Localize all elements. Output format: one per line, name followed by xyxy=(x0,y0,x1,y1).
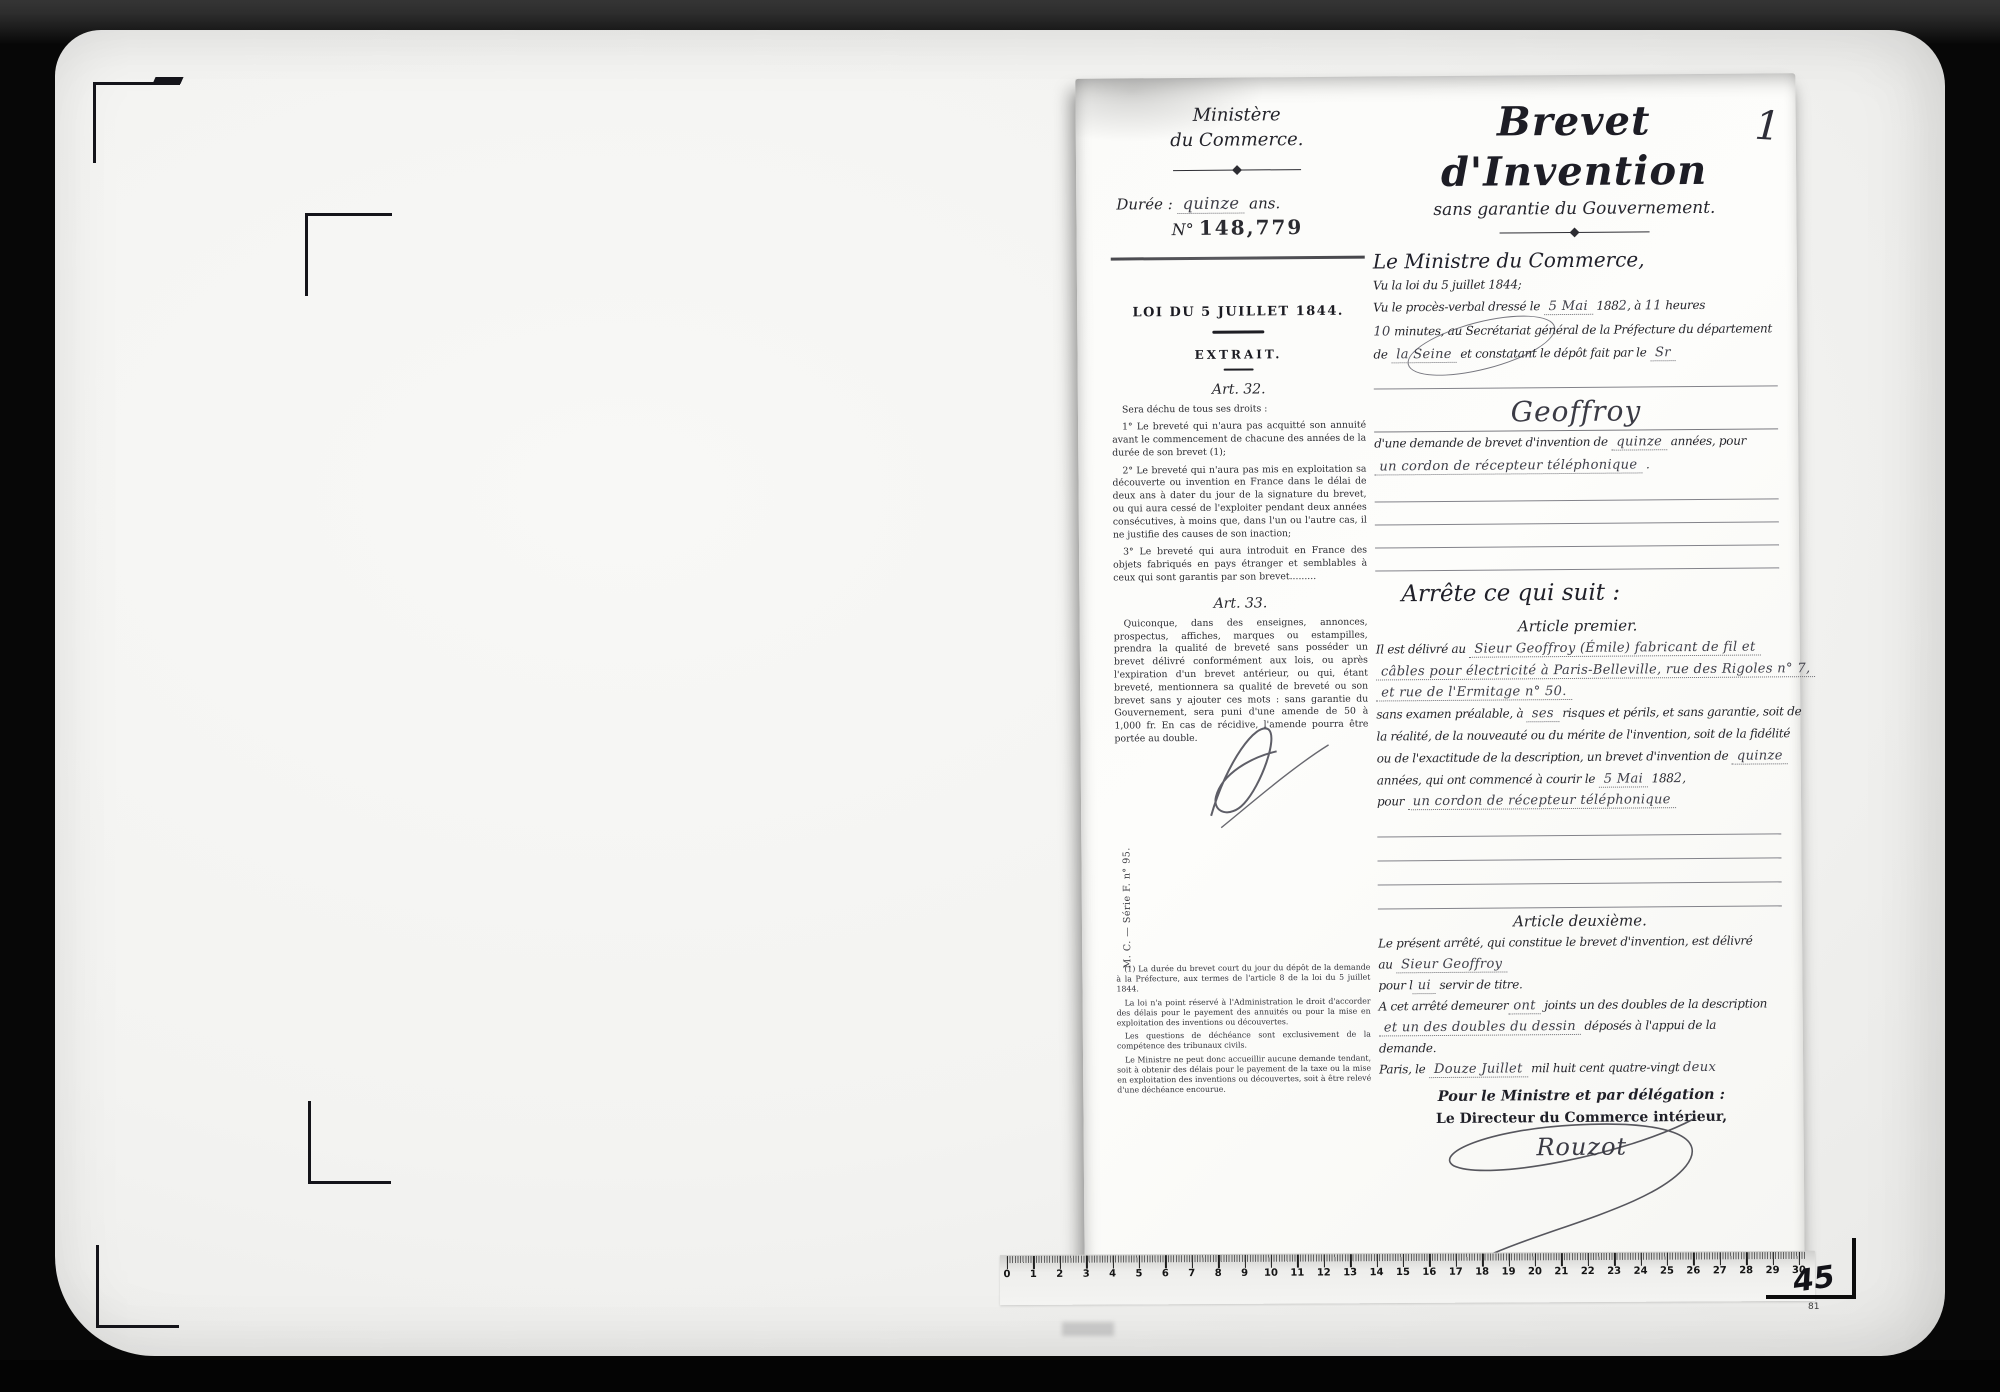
document-title: Brevet d'Invention xyxy=(1372,95,1777,198)
article-1-body: Il est délivré au Sieur Geoffroy (Émile)… xyxy=(1376,636,1781,814)
patent-number-line: N° 148,779 xyxy=(1110,214,1364,244)
ruler-cm-mark: 17 xyxy=(1456,1254,1457,1267)
line-exactitude: ou de l'exactitude de la description, un… xyxy=(1377,745,1781,770)
line-objet: un cordon de récepteur téléphonique . xyxy=(1374,453,1778,479)
patent-number-label: N° xyxy=(1172,220,1194,239)
printed-text: de xyxy=(1373,347,1391,361)
printed-text: au xyxy=(1378,958,1396,972)
handwritten-entry: 10 xyxy=(1373,324,1390,339)
rule-divider xyxy=(1224,368,1254,370)
ruler-cm-mark: 0 xyxy=(1007,1256,1008,1269)
ruler-cm-mark: 6 xyxy=(1165,1255,1166,1268)
ruler-cm-mark: 4 xyxy=(1112,1256,1113,1269)
ruler-cm-mark: 26 xyxy=(1693,1252,1694,1265)
printed-text: mil huit cent quatre-vingt xyxy=(1528,1060,1683,1075)
handwritten-entry: quinze xyxy=(1177,194,1244,215)
handwritten-entry: quinze xyxy=(1611,434,1667,450)
printed-text: ans. xyxy=(1244,194,1280,212)
minister-heading: Le Ministre du Commerce, xyxy=(1373,245,1777,274)
blank-rule xyxy=(1377,810,1781,837)
ornament-divider xyxy=(1173,165,1301,175)
printed-text: risques et périls, et sans garantie, soi… xyxy=(1559,704,1802,720)
footnote: Les questions de déchéance sont exclusiv… xyxy=(1117,1030,1371,1052)
right-column: Brevet d'Invention sans garantie du Gouv… xyxy=(1371,91,1783,1162)
ruler-cm-mark: 27 xyxy=(1720,1252,1721,1265)
article-2-body: Le présent arrêté, qui constitue le brev… xyxy=(1378,930,1783,1080)
document-subtitle: sans garantie du Gouvernement. xyxy=(1372,195,1776,222)
ruler-cm-mark: 1 xyxy=(1033,1256,1034,1269)
ruler-cm-mark: 28 xyxy=(1746,1252,1747,1265)
handwritten-entry: Sieur Geoffroy xyxy=(1396,957,1507,974)
printed-text: Vu le procès-verbal dressé le xyxy=(1373,299,1544,314)
law-paragraph: 2° Le breveté qui n'aura pas mis en expl… xyxy=(1112,463,1367,542)
line-delivre-1: Il est délivré au Sieur Geoffroy (Émile)… xyxy=(1376,636,1780,661)
ruler-cm-mark: 25 xyxy=(1667,1253,1668,1266)
article-33-heading: Art. 33. xyxy=(1113,593,1367,613)
line-demande: d'une demande de brevet d'invention de q… xyxy=(1374,430,1778,456)
law-subtitle: EXTRAIT. xyxy=(1111,345,1365,363)
law-paragraph: 1° Le breveté qui n'aura pas acquitté so… xyxy=(1112,420,1366,460)
series-reference: M. C. — Série F. n° 95. xyxy=(1121,778,1133,968)
left-column: Ministère du Commerce. Durée : quinze an… xyxy=(1110,103,1369,747)
ornament-divider xyxy=(1500,227,1650,237)
ruler-cm-mark: 12 xyxy=(1324,1254,1325,1267)
line-proces-verbal: Vu le procès-verbal dressé le 5 Mai 1882… xyxy=(1373,294,1777,320)
ruler-cm-mark: 7 xyxy=(1192,1255,1193,1268)
ruler-cm-mark: 20 xyxy=(1535,1253,1536,1266)
ruler-cm-mark: 3 xyxy=(1086,1256,1087,1269)
printed-text: années, pour xyxy=(1667,434,1746,449)
rule-divider xyxy=(1212,330,1264,333)
handwritten-entry: quinze xyxy=(1732,748,1788,764)
handwritten-marker-number: 45 xyxy=(1791,1259,1837,1299)
ink-paraph xyxy=(1180,699,1341,850)
printed-text: Durée : xyxy=(1116,195,1177,213)
ruler-cm-mark: 19 xyxy=(1508,1253,1509,1266)
handwritten-entry: ui xyxy=(1413,978,1436,994)
handwritten-entry: 5 Mai xyxy=(1544,299,1593,315)
ruler-cm-mark: 10 xyxy=(1271,1255,1272,1268)
registration-corner-mark xyxy=(305,213,392,296)
article-32-heading: Art. 32. xyxy=(1112,379,1366,399)
handwritten-entry: deux xyxy=(1683,1060,1716,1075)
handwritten-entry: et un des doubles du dessin xyxy=(1379,1019,1581,1037)
line-paris-date: Paris, le Douze Juillet mil huit cent qu… xyxy=(1379,1056,1783,1080)
handwritten-entry: Sr xyxy=(1650,345,1676,361)
faint-stamp xyxy=(1062,1322,1114,1336)
printed-text: années, qui ont commencé à courir le xyxy=(1377,771,1599,787)
line-vu-loi: Vu la loi du 5 juillet 1844; xyxy=(1373,271,1777,296)
line-realite: la réalité, de la nouveauté ou du mérite… xyxy=(1376,723,1780,748)
printed-text: A cet arrêté demeurer xyxy=(1379,999,1509,1014)
printed-text: . xyxy=(1642,458,1649,472)
handwritten-entry: et rue de l'Ermitage n° 50. xyxy=(1376,684,1572,702)
handwritten-entry: 2 xyxy=(1618,299,1627,314)
footnotes: (1) La durée du brevet court du jour du … xyxy=(1116,963,1371,1099)
printed-text: 188 xyxy=(1593,299,1619,313)
ruler-cm-mark: 11 xyxy=(1297,1255,1298,1268)
registration-corner-mark xyxy=(93,82,180,163)
article-2-heading: Article deuxième. xyxy=(1378,908,1782,933)
handwritten-entry: 11 xyxy=(1645,299,1662,314)
line-delivre-3: et rue de l'Ermitage n° 50. xyxy=(1376,680,1780,705)
ministry-name: Ministère xyxy=(1110,103,1364,129)
law-paragraph: Sera déchu de tous ses droits : xyxy=(1112,402,1366,417)
microfilm-frame: 1 Ministère du Commerce. Durée : quinze … xyxy=(0,0,2000,1392)
ruler-cm-mark: 16 xyxy=(1429,1254,1430,1267)
rule-divider xyxy=(1111,256,1365,260)
handwritten-entry: un cordon de récepteur téléphonique xyxy=(1374,458,1642,476)
ruler-cm-mark: 8 xyxy=(1218,1255,1219,1268)
blank-rule xyxy=(1377,858,1781,885)
printed-text: joints un des doubles de la description xyxy=(1541,997,1767,1013)
registration-corner-mark xyxy=(96,1245,179,1328)
measurement-ruler: 0123456789101112131415161718192021222324… xyxy=(1000,1251,1815,1305)
blank-rule xyxy=(1375,545,1779,571)
printed-text: Paris, le xyxy=(1379,1062,1429,1076)
handwritten-entry: Sieur Geoffroy (Émile) fabricant de fil … xyxy=(1469,639,1760,657)
ruler-cm-mark: 23 xyxy=(1614,1253,1615,1266)
handwritten-entry: Douze Juillet xyxy=(1429,1061,1528,1078)
law-paragraph: 3° Le breveté qui aura introduit en Fran… xyxy=(1113,545,1367,585)
footnote: La loi n'a point réservé à l'Administrat… xyxy=(1117,996,1371,1029)
line-delivre-2: câbles pour électricité à Paris-Bellevil… xyxy=(1376,658,1780,683)
ruler-cm-mark: 18 xyxy=(1482,1254,1483,1267)
line-cet-arrete: A cet arrêté demeureront joints un des d… xyxy=(1379,993,1783,1017)
ruler-cm-mark: 13 xyxy=(1350,1254,1351,1267)
edge-number: 81 xyxy=(1808,1302,1819,1312)
line-sans-examen: sans examen préalable, à ses risques et … xyxy=(1376,702,1780,727)
handwritten-entry: 5 Mai xyxy=(1599,771,1648,787)
printed-text: heures xyxy=(1662,298,1705,312)
printed-text: pour xyxy=(1377,795,1408,809)
handwritten-entry: câbles pour électricité à Paris-Bellevil… xyxy=(1376,661,1816,680)
printed-text: , xyxy=(1682,771,1686,785)
printed-text: servir de titre. xyxy=(1436,978,1523,993)
ruler-cm-mark: 14 xyxy=(1376,1254,1377,1267)
law-title: LOI DU 5 JUILLET 1844. xyxy=(1111,302,1365,322)
line-annees: années, qui ont commencé à courir le 5 M… xyxy=(1377,767,1781,792)
blank-rule xyxy=(1375,522,1779,548)
duration-line: Durée : quinze ans. xyxy=(1110,192,1364,216)
footnote: Le Ministre ne peut donc accueillir aucu… xyxy=(1117,1053,1371,1096)
ruler-cm-mark: 15 xyxy=(1403,1254,1404,1267)
ruler-cm-mark: 21 xyxy=(1561,1253,1562,1266)
line-pour-objet: pour un cordon de récepteur téléphonique xyxy=(1377,789,1781,814)
article-1-heading: Article premier. xyxy=(1376,612,1780,639)
printed-text: d'une demande de brevet d'invention de xyxy=(1374,435,1611,451)
blank-rule xyxy=(1377,834,1781,861)
ruler-cm-mark: 24 xyxy=(1640,1253,1641,1266)
handwritten-entry: un cordon de récepteur téléphonique xyxy=(1408,793,1676,811)
printed-text: Il est délivré au xyxy=(1376,642,1470,657)
ministry-name: du Commerce. xyxy=(1110,127,1364,155)
printed-text: ou de l'exactitude de la description, un… xyxy=(1377,748,1732,765)
printed-text: , à xyxy=(1627,299,1645,313)
blank-rule xyxy=(1374,476,1778,502)
blank-rule xyxy=(1375,499,1779,525)
patent-number-value: 148,779 xyxy=(1199,215,1304,240)
printed-text: pour l xyxy=(1378,978,1412,992)
footnote: (1) La durée du brevet court du jour du … xyxy=(1116,963,1370,996)
blank-rule xyxy=(1378,882,1782,909)
arrete-heading: Arrête ce qui suit : xyxy=(1375,576,1779,609)
registration-corner-mark xyxy=(308,1101,391,1184)
ruler-cm-mark: 5 xyxy=(1139,1255,1140,1268)
printed-text: sans examen préalable, à xyxy=(1376,706,1527,721)
ruler-cm-mark: 2 xyxy=(1060,1256,1061,1269)
handwritten-entry: ses xyxy=(1527,706,1559,722)
handwritten-entry: ont xyxy=(1508,998,1541,1014)
printed-text: 188 xyxy=(1648,771,1674,785)
film-edge-bottom xyxy=(0,1360,2000,1392)
patent-document: 1 Ministère du Commerce. Durée : quinze … xyxy=(1075,73,1804,1269)
ruler-cm-mark: 9 xyxy=(1244,1255,1245,1268)
ruler-mm-ticks xyxy=(1007,1252,1807,1263)
depositor-name: Geoffroy xyxy=(1374,387,1778,433)
printed-text: déposés à l'appui de la xyxy=(1581,1018,1716,1033)
line-present: Le présent arrêté, qui constitue le brev… xyxy=(1378,930,1782,954)
ruler-cm-mark: 22 xyxy=(1588,1253,1589,1266)
